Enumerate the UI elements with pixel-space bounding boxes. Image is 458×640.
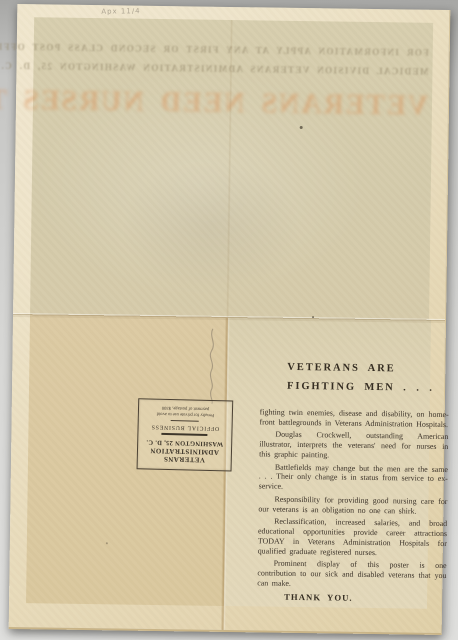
body-paragraph-1: fighting twin enemies, disease and disab… bbox=[259, 407, 448, 429]
label-rule-thick bbox=[162, 433, 208, 436]
poster-back-sheet: FOR INFORMATION APPLY AT ANY FIRST OR SE… bbox=[9, 4, 451, 635]
printed-text-column: VETERANS ARE FIGHTING MEN . . . fighting… bbox=[257, 357, 449, 604]
heading-line-2: FIGHTING MEN . . . bbox=[287, 377, 449, 398]
body-paragraph-5: Reclassification, increased salaries, an… bbox=[258, 516, 448, 558]
body-paragraph-2: Douglas Crockwell, outstanding American … bbox=[259, 430, 448, 462]
body-paragraph-6: Prominent display of this poster is one … bbox=[257, 559, 446, 591]
mailing-frank-label: VETERANS ADMINISTRATION WASHINGTON 25, D… bbox=[137, 398, 234, 471]
paper-speck bbox=[106, 542, 108, 544]
label-agency-line: VETERANS ADMINISTRATION bbox=[138, 446, 231, 464]
paper-speck bbox=[312, 316, 314, 318]
photo-background: FOR INFORMATION APPLY AT ANY FIRST OR SE… bbox=[0, 0, 458, 640]
body-paragraph-4: Responsibility for providing good nursin… bbox=[258, 494, 447, 516]
heading-line-1: VETERANS ARE bbox=[287, 358, 449, 379]
label-official-business: OFFICIAL BUSINESS bbox=[139, 423, 232, 431]
paper-speck bbox=[300, 126, 303, 129]
poster-heading: VETERANS ARE FIGHTING MEN . . . bbox=[287, 358, 450, 398]
body-paragraph-3: Battlefields may change but the men are … bbox=[259, 462, 448, 494]
pencil-scribble bbox=[203, 327, 222, 405]
pencil-annotation: Apx 11/4 bbox=[101, 7, 140, 15]
label-rule-thin bbox=[171, 420, 199, 422]
